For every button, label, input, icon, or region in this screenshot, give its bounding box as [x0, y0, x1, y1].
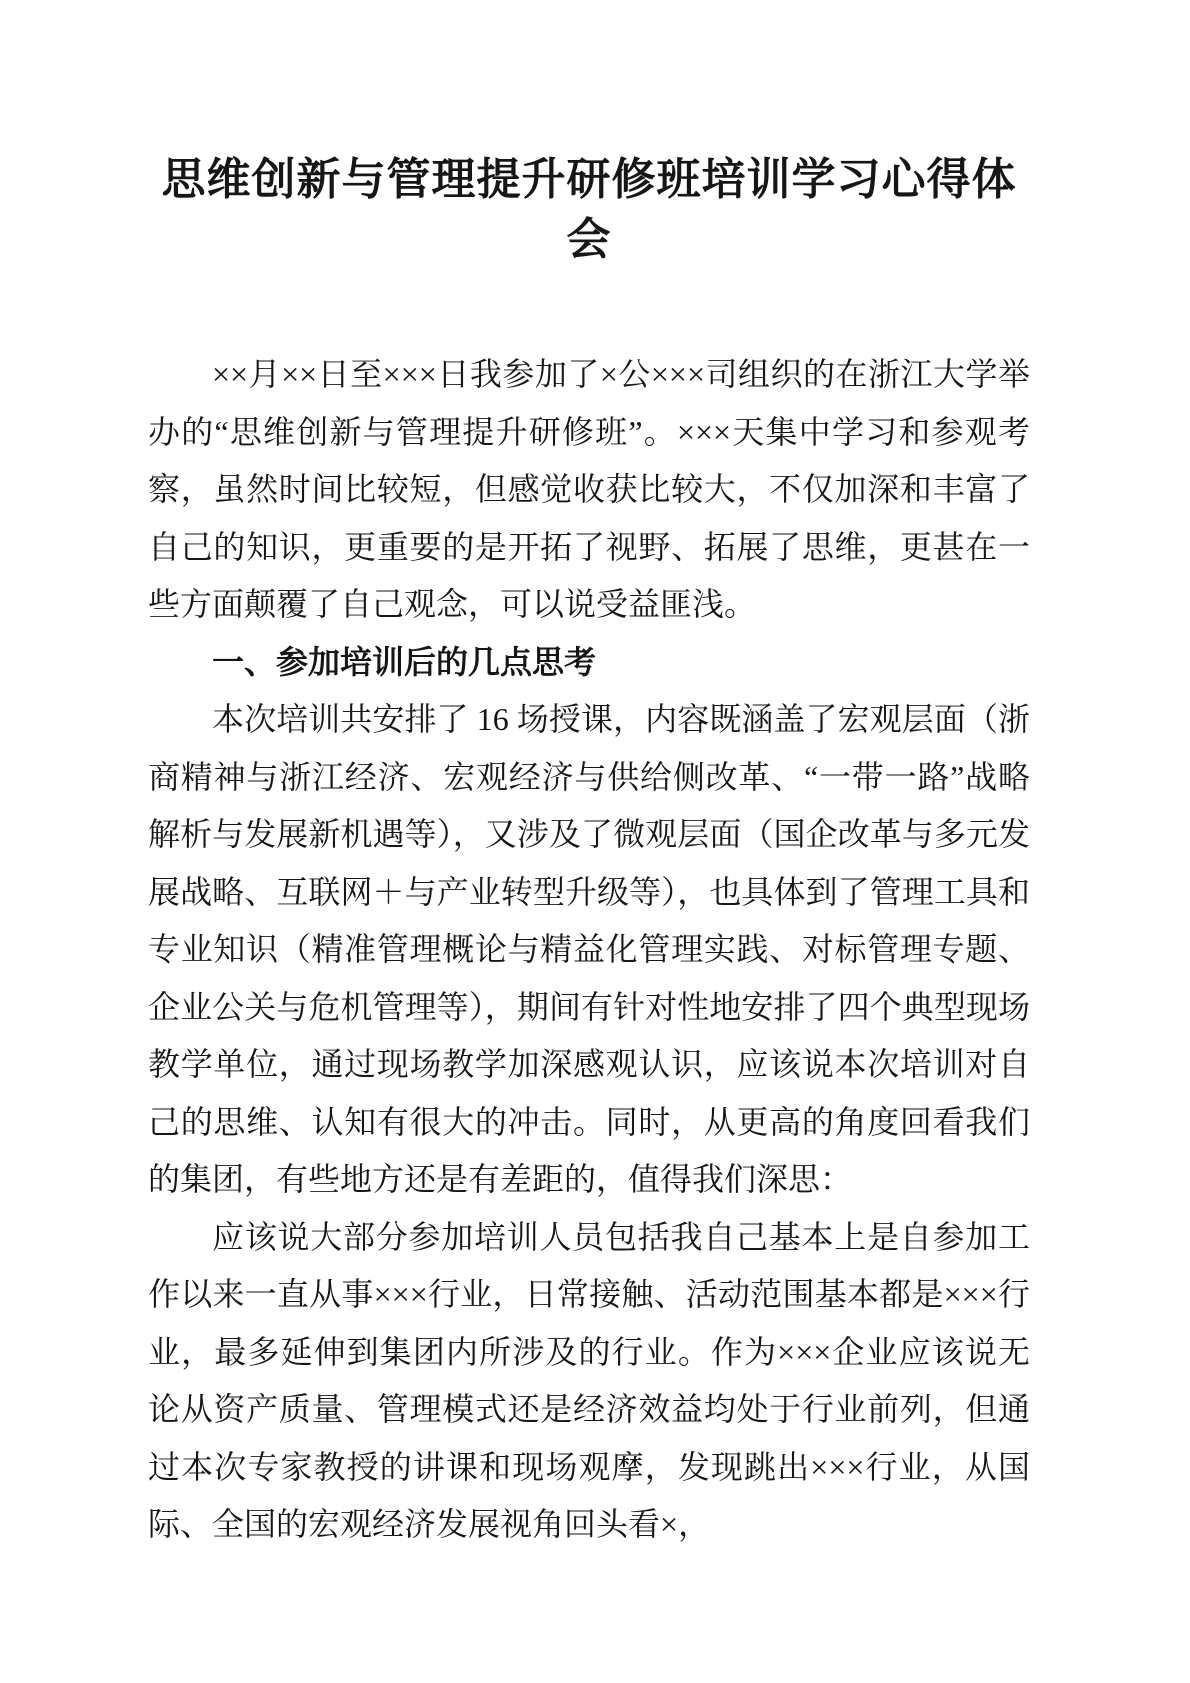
- paragraph-intro: ××月××日至×××日我参加了×公×××司组织的在浙江大学举办的“思维创新与管理…: [148, 346, 1030, 634]
- section-heading-reflections: 一、参加培训后的几点思考: [148, 634, 1030, 692]
- paragraph-training-overview: 本次培训共安排了 16 场授课，内容既涵盖了宏观层面（浙商精神与浙江经济、宏观经…: [148, 691, 1030, 1209]
- document-page: 思维创新与管理提升研修班培训学习心得体会 ××月××日至×××日我参加了×公××…: [0, 0, 1190, 1683]
- document-title: 思维创新与管理提升研修班培训学习心得体会: [148, 150, 1030, 270]
- paragraph-industry-reflection: 应该说大部分参加培训人员包括我自己基本上是自参加工作以来一直从事×××行业，日常…: [148, 1209, 1030, 1554]
